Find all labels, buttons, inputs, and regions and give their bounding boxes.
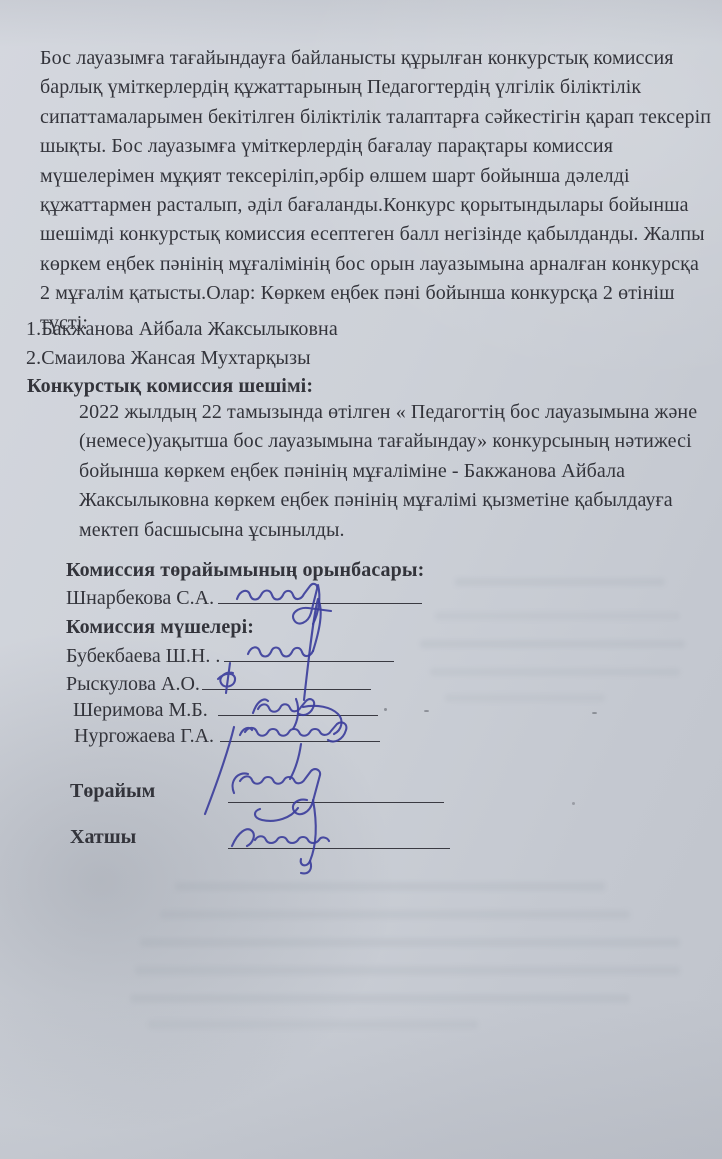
signature-line (224, 643, 394, 662)
signature-line (228, 784, 444, 803)
decision-paragraph: 2022 жылдың 22 тамызында өтілген « Педаг… (79, 398, 697, 545)
secretary-label: Хатшы (70, 826, 136, 848)
signature-line (220, 723, 380, 742)
bleed-through-mark (140, 938, 680, 947)
signatory-name: Шеримова М.Б. (73, 699, 208, 721)
deputy-chair-heading: Комиссия төрайымының орынбасары: (66, 556, 424, 585)
applicant-item: 1.Бакжанова Айбала Жаксылыковна (26, 315, 338, 344)
bleed-through-mark (455, 578, 665, 586)
signatory-name: Нургожаева Г.А. (74, 725, 214, 747)
applicant-item: 2.Смаилова Жансая Мухтарқызы (26, 344, 311, 373)
scanned-document-page: Бос лауазымға тағайындауға байланысты құ… (0, 0, 722, 1159)
body-line: сипаттамаларымен бекітілген біліктілік т… (40, 103, 711, 132)
bleed-through-mark (445, 694, 605, 702)
signature-row-member: Бубекбаева Ш.Н. . (66, 643, 394, 668)
bleed-through-mark (435, 612, 680, 620)
bleed-through-mark (430, 668, 680, 676)
body-paragraph: Бос лауазымға тағайындауға байланысты құ… (40, 44, 711, 338)
stray-mark (384, 708, 387, 711)
body-line: құжаттармен расталып, әділ бағаланды.Кон… (40, 191, 711, 220)
signatory-name: Рыскулова А.О. (66, 673, 200, 695)
signature-nurgozhaeva-ink (290, 744, 301, 779)
signature-line (218, 697, 378, 716)
body-line: Бос лауазымға тағайындауға байланысты құ… (40, 44, 711, 73)
stray-mark (592, 712, 597, 714)
bleed-through-mark (148, 1020, 478, 1029)
signature-chair-ink (255, 808, 298, 821)
signature-row-member: Рыскулова А.О. (66, 671, 371, 696)
signature-row-deputy-chair: Шнарбекова С.А. (66, 585, 422, 610)
stray-mark (424, 710, 429, 712)
body-line: шықты. Бос лауазымға үміткерлердің бағал… (40, 132, 711, 161)
signatory-name: Шнарбекова С.А. (66, 587, 214, 609)
body-line: 2 мұғалім қатысты.Олар: Көркем еңбек пән… (40, 279, 711, 308)
signature-row-member: Нургожаева Г.А. (74, 723, 380, 748)
decision-line: 2022 жылдың 22 тамызында өтілген « Педаг… (79, 398, 697, 427)
decision-line: бойынша көркем еңбек пәнінің мұғаліміне … (79, 457, 697, 486)
decision-heading: Конкурстық комиссия шешімі: (27, 372, 313, 401)
signature-row-member: Шеримова М.Б. (73, 697, 378, 722)
body-line: көркем еңбек пәнінің мұғалімінің бос оры… (40, 250, 711, 279)
signature-row-secretary: Хатшы (70, 826, 136, 849)
bleed-through-mark (135, 966, 680, 975)
decision-line: (немесе)уақытша бос лауазымына тағайында… (79, 427, 697, 456)
signature-line (228, 830, 450, 849)
body-line: мүшелерімен мұқият тексеріліп,әрбір өлше… (40, 162, 711, 191)
signature-line (218, 585, 422, 604)
bleed-through-mark (175, 882, 605, 891)
decision-line: Жаксылыковна көркем еңбек пәнінің мұғалі… (79, 486, 697, 515)
bleed-through-mark (160, 910, 630, 919)
signature-row-chair: Төрайым (70, 780, 155, 803)
stray-mark (572, 802, 575, 805)
signatory-name: Бубекбаева Ш.Н. . (66, 645, 220, 667)
body-line: шешімді конкурстық комиссия есептеген ба… (40, 220, 711, 249)
members-heading: Комиссия мүшелері: (66, 613, 254, 642)
decision-line: мектеп басшысына ұсынылды. (79, 516, 697, 545)
bleed-through-mark (420, 640, 685, 648)
body-line: барлық үміткерлердің құжаттарының Педаго… (40, 73, 711, 102)
signature-secretary-ink (301, 861, 311, 873)
bleed-through-mark (130, 994, 630, 1003)
chair-label: Төрайым (70, 780, 155, 802)
signature-line (202, 671, 371, 690)
